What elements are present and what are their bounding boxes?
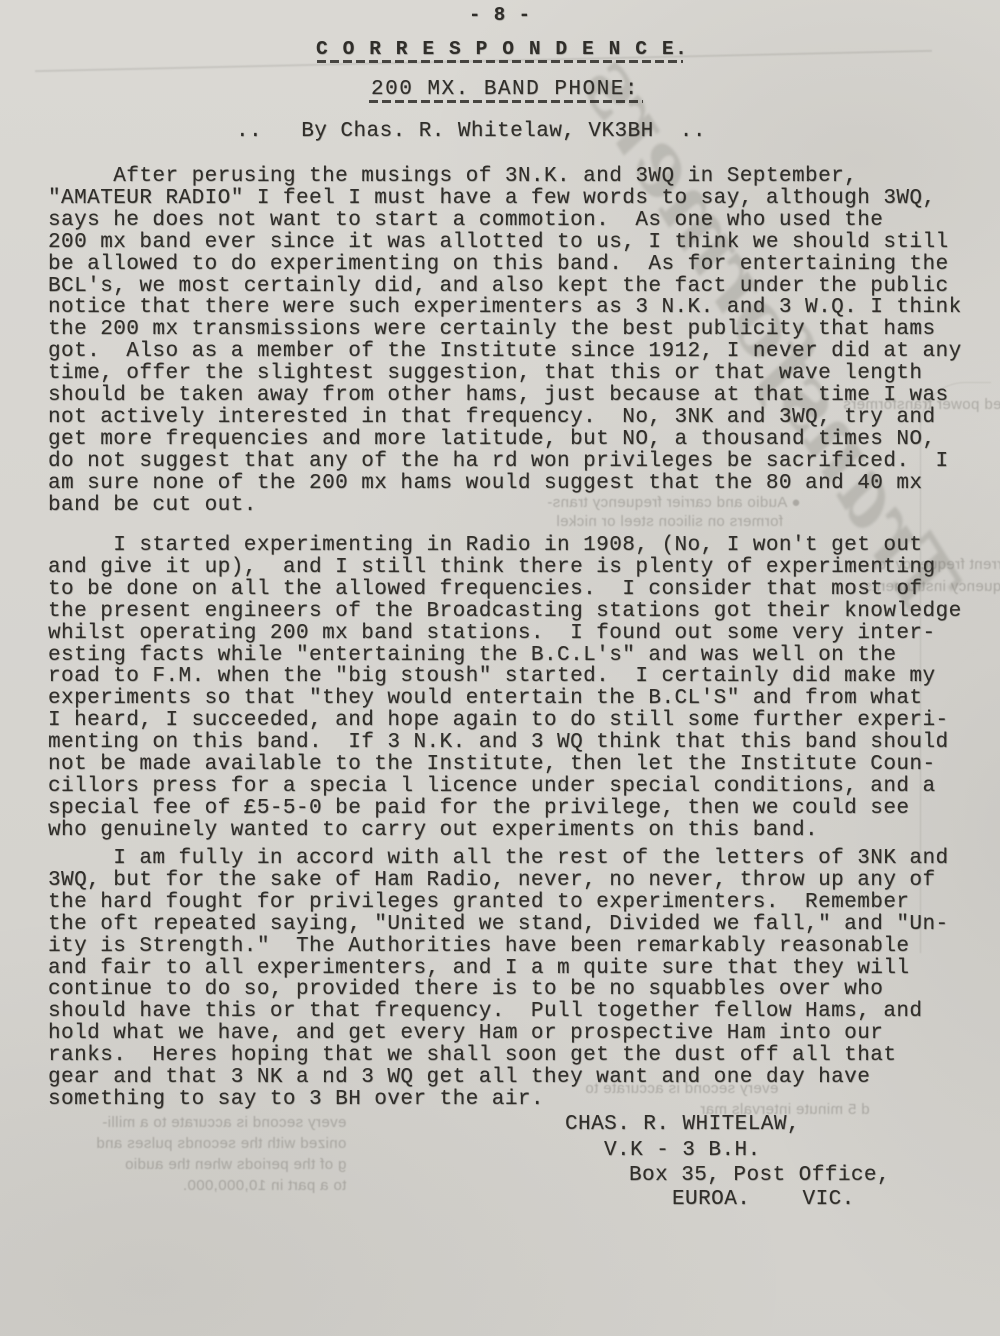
text-line: gear and that 3 NK a nd 3 WQ get all the… <box>48 1067 949 1089</box>
text-line: get more frequencies and more latitude, … <box>48 429 962 451</box>
text-line: onized with the seconds pulses and <box>96 1133 346 1154</box>
text-line: to be done on all the allowed frequencie… <box>48 579 962 601</box>
article-subtitle: 200 MX. BAND PHONE: <box>371 79 639 101</box>
text-line: and fair to all experimenters, and I a m… <box>48 958 949 980</box>
text-line: 3WQ, but for the sake of Ham Radio, neve… <box>48 870 949 892</box>
correspondence-title: C O R R E S P O N D E N C E. <box>316 39 688 61</box>
text-line: menting on this band. If 3 N.K. and 3 WQ… <box>48 732 962 754</box>
text-line: g of the periods when the audio <box>96 1154 346 1175</box>
text-line: the 200 mx transmissions were certainly … <box>48 319 962 341</box>
text-line: not be made available to the Institute, … <box>48 754 962 776</box>
text-line: should have this or that frequency. Pull… <box>48 1001 949 1023</box>
text-line: band be cut out. <box>48 495 962 517</box>
text-line: 200 mx band ever since it was allotted t… <box>48 232 962 254</box>
letter-paragraph-1: After perusing the musings of 3N.K. and … <box>48 166 962 517</box>
text-line: am sure none of the 200 mx hams would su… <box>48 473 962 495</box>
text-line: I am fully in accord with all the rest o… <box>48 848 949 870</box>
text-line: road to F.M. when the "big stoush" start… <box>48 666 962 688</box>
text-line: who genuinely wanted to carry out experi… <box>48 820 962 842</box>
text-line: ranks. Heres hoping that we shall soon g… <box>48 1045 949 1067</box>
text-line: special fee of £5-5-0 be paid for the pr… <box>48 798 962 820</box>
text-line: cillors press for a specia l licence und… <box>48 776 962 798</box>
text-line: ity is Strength." The Authorities have b… <box>48 936 949 958</box>
subtitle-underline <box>369 100 643 103</box>
letter-paragraph-3: I am fully in accord with all the rest o… <box>48 848 949 1111</box>
text-line: and give it up), and I still think there… <box>48 557 962 579</box>
signature-city-line: EUROA. VIC. <box>672 1189 855 1211</box>
text-line: I started experimenting in Radio in 1908… <box>48 535 962 557</box>
text-line: continue to do so, provided there is to … <box>48 979 949 1001</box>
text-line: "AMATEUR RADIO" I feel I must have a few… <box>48 188 962 210</box>
text-line: esting facts while "entertaining the B.C… <box>48 645 962 667</box>
signature-address-line: Box 35, Post Office, <box>629 1165 890 1187</box>
bleed-bottom-left-text: every second is accurate to a milli-oniz… <box>96 1112 346 1196</box>
text-line: says he does not want to start a commoti… <box>48 210 962 232</box>
text-line: not actively interested in that frequenc… <box>48 407 962 429</box>
letter-paragraph-2: I started experimenting in Radio in 1908… <box>48 535 962 842</box>
text-line: the oft repeated saying, "United we stan… <box>48 914 949 936</box>
text-line: to a part in 10,000,000. <box>96 1175 346 1196</box>
signature-name: CHAS. R. WHITELAW, <box>565 1114 800 1136</box>
text-line: experiments so that "they would entertai… <box>48 688 962 710</box>
text-line: something to say to 3 BH over the air. <box>48 1089 949 1111</box>
text-line: time, offer the slightest suggestion, th… <box>48 363 962 385</box>
text-line: BCL's, we most certainly did, and also k… <box>48 276 962 298</box>
text-line: hold what we have, and get every Ham or … <box>48 1023 949 1045</box>
text-line: be allowed to do experimenting on this b… <box>48 254 962 276</box>
text-line: the present engineers of the Broadcastin… <box>48 601 962 623</box>
text-line: every second is accurate to a milli- <box>96 1112 346 1133</box>
signature-callsign: V.K - 3 B.H. <box>604 1140 761 1162</box>
text-line: do not suggest that any of the ha rd won… <box>48 451 962 473</box>
text-line: the hard fought for privileges granted t… <box>48 892 949 914</box>
text-line: got. Also as a member of the Institute s… <box>48 341 962 363</box>
byline: .. By Chas. R. Whitelaw, VK3BH .. <box>236 121 706 143</box>
text-line: should be taken away from other hams, ju… <box>48 385 962 407</box>
page-number: - 8 - <box>0 5 1000 27</box>
title-underline <box>317 60 683 63</box>
text-line: notice that there were such experimenter… <box>48 297 962 319</box>
text-line: I heard, I succeeded, and hope again to … <box>48 710 962 732</box>
text-line: whilst operating 200 mx band stations. I… <box>48 623 962 645</box>
text-line: After perusing the musings of 3N.K. and … <box>48 166 962 188</box>
document-page: Transformers ● Air cooled power transfor… <box>0 0 1000 1336</box>
